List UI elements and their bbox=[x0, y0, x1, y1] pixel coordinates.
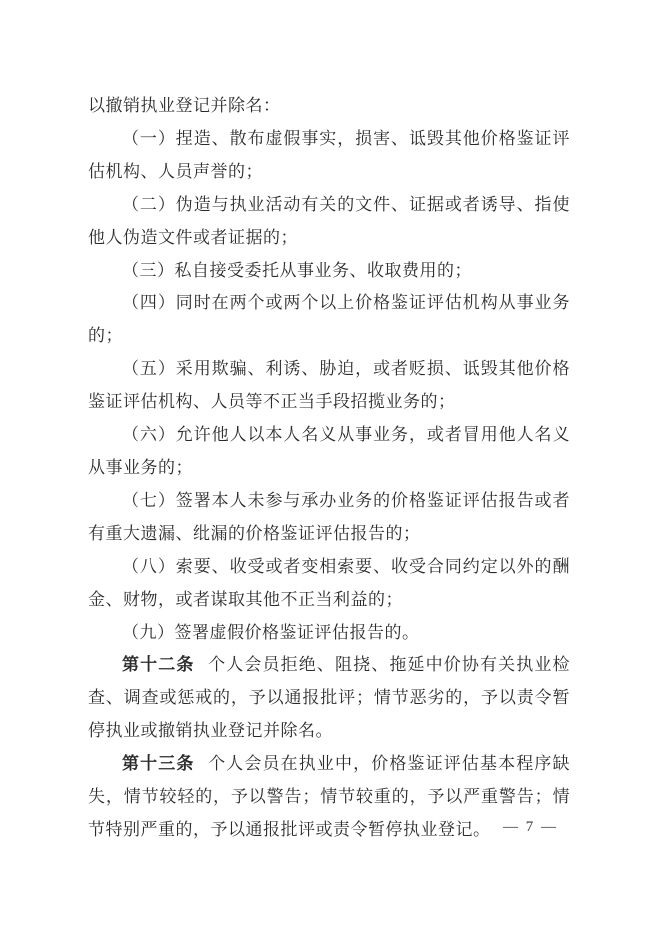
paragraph: 第十二条个人会员拒绝、阻挠、拖延中价协有关执业检查、调查或惩戒的，予以通报批评；… bbox=[88, 649, 570, 748]
paragraph: （四）同时在两个或两个以上价格鉴证评估机构从事业务的； bbox=[88, 287, 570, 353]
paragraph: （二）伪造与执业活动有关的文件、证据或者诱导、指使他人伪造文件或者证据的； bbox=[88, 189, 570, 255]
paragraph: （五）采用欺骗、利诱、胁迫，或者贬损、诋毁其他价格鉴证评估机构、人员等不正当手段… bbox=[88, 353, 570, 419]
article-number: 第十二条 bbox=[122, 655, 195, 674]
paragraph: （九）签署虚假价格鉴证评估报告的。 bbox=[88, 617, 570, 650]
paragraph: 以撤销执业登记并除名： bbox=[88, 90, 570, 123]
page-number: — 7 — bbox=[503, 819, 558, 836]
document-page: 以撤销执业登记并除名： （一）捏造、散布虚假事实，损害、诋毁其他价格鉴证评估机构… bbox=[0, 0, 661, 935]
document-body: 以撤销执业登记并除名： （一）捏造、散布虚假事实，损害、诋毁其他价格鉴证评估机构… bbox=[88, 90, 570, 847]
article-number: 第十三条 bbox=[122, 754, 195, 773]
paragraph: （六）允许他人以本人名义从事业务，或者冒用他人名义从事业务的； bbox=[88, 419, 570, 485]
paragraph: （三）私自接受委托从事业务、收取费用的； bbox=[88, 255, 570, 288]
paragraph: （一）捏造、散布虚假事实，损害、诋毁其他价格鉴证评估机构、人员声誉的； bbox=[88, 123, 570, 189]
paragraph: （七）签署本人未参与承办业务的价格鉴证评估报告或者有重大遗漏、纰漏的价格鉴证评估… bbox=[88, 485, 570, 551]
paragraph: （八）索要、收受或者变相索要、收受合同约定以外的酬金、财物，或者谋取其他不正当利… bbox=[88, 551, 570, 617]
paragraph: 第十三条个人会员在执业中，价格鉴证评估基本程序缺失，情节较轻的，予以警告；情节较… bbox=[88, 748, 570, 847]
